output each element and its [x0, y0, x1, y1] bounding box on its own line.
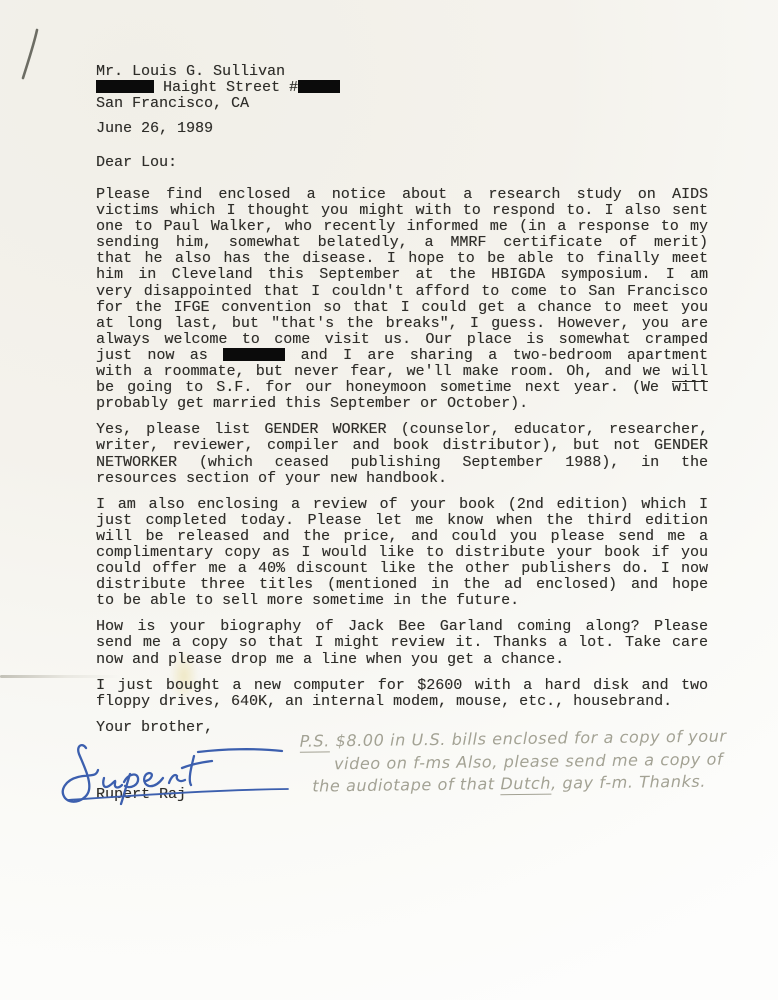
text-run: writer, reviewer, compiler and book dist… [96, 437, 708, 454]
text-line: Haight Street # [96, 80, 340, 96]
text-line: one to Paul Walker, who recently informe… [96, 219, 708, 235]
date-line: June 26, 1989 [96, 120, 213, 137]
text-run: with a roommate, but never fear, we'll m… [96, 363, 672, 380]
redaction-bar [223, 348, 285, 361]
text-run: just now as [96, 347, 223, 364]
text-line: send me a copy so that I might review it… [96, 635, 708, 651]
paragraph: How is your biography of Jack Bee Garlan… [96, 619, 708, 667]
text-run: $8.00 in U.S. bills enclosed for a copy … [330, 726, 727, 750]
text-line: to be able to sell more sometime in the … [96, 593, 708, 609]
text-line: victims which I thought you might with t… [96, 203, 708, 219]
text-run: for the IFGE convention so that I could … [96, 299, 708, 316]
text-run: to be able to sell more sometime in the … [96, 592, 519, 609]
text-run: at long last, but "that's the breaks", I… [96, 315, 708, 332]
text-run: be going to S.F. for our honeymoon somet… [96, 379, 708, 396]
text-run: I am also enclosing a review of your boo… [96, 496, 708, 513]
text-run: I just bought a new computer for $2600 w… [96, 677, 708, 694]
redaction-bar [298, 80, 340, 93]
text-line: very disappointed that I couldn't afford… [96, 284, 708, 300]
text-line: probably get married this September or O… [96, 396, 708, 412]
text-run: resources section of your new handbook. [96, 470, 447, 487]
text-line: just completed today. Please let me know… [96, 513, 708, 529]
text-line: Mr. Louis G. Sullivan [96, 64, 340, 80]
text-run: video on f-ms Also, please send me a cop… [334, 749, 723, 773]
text-run: distribute three titles (mentioned in th… [96, 576, 708, 593]
text-run: probably get married this September or O… [96, 395, 528, 412]
text-line: distribute three titles (mentioned in th… [96, 577, 708, 593]
text-line: I just bought a new computer for $2600 w… [96, 678, 708, 694]
paragraph: I am also enclosing a review of your boo… [96, 497, 708, 610]
underlined-text: P.S. [300, 731, 330, 752]
text-run: and I are sharing a two-bedroom apartmen… [285, 347, 708, 364]
underlined-text: Dutch [500, 774, 551, 795]
signature-typed-name: Rupert Raj [96, 786, 186, 803]
pencil-slash-mark [10, 24, 50, 86]
text-run: floppy drives, 640K, an internal modem, … [96, 693, 672, 710]
text-line: for the IFGE convention so that I could … [96, 300, 708, 316]
redaction-bar [96, 80, 154, 93]
text-line: floppy drives, 640K, an internal modem, … [96, 694, 708, 710]
text-line: at long last, but "that's the breaks", I… [96, 316, 708, 332]
text-line: writer, reviewer, compiler and book dist… [96, 438, 708, 454]
text-run: sending him, somewhat belatedly, a MMRF … [96, 234, 708, 251]
text-run: now and please drop me a line when you g… [96, 651, 564, 668]
letter-body: Please find enclosed a notice about a re… [96, 187, 708, 736]
text-run: one to Paul Walker, who recently informe… [96, 218, 708, 235]
text-line: be going to S.F. for our honeymoon somet… [96, 380, 708, 396]
text-run: the audiotape of that [312, 774, 500, 795]
text-run: victims which I thought you might with t… [96, 202, 708, 219]
text-line: always welcome to come visit us. Our pla… [96, 332, 708, 348]
text-line: Yes, please list GENDER WORKER (counselo… [96, 422, 708, 438]
text-line: I am also enclosing a review of your boo… [96, 497, 708, 513]
recipient-address-block: Mr. Louis G. Sullivan Haight Street #San… [96, 64, 340, 112]
text-line: with a roommate, but never fear, we'll m… [96, 364, 708, 380]
text-line: could offer me a 40% discount like the o… [96, 561, 708, 577]
text-run: very disappointed that I couldn't afford… [96, 283, 708, 300]
paragraph: I just bought a new computer for $2600 w… [96, 678, 708, 710]
text-run: could offer me a 40% discount like the o… [96, 560, 708, 577]
text-line: complimentary copy as I would like to di… [96, 545, 708, 561]
text-run: that he also has the disease. I hope to … [96, 250, 708, 267]
paragraph: Please find enclosed a notice about a re… [96, 187, 708, 412]
text-line: NETWORKER (which ceased publishing Septe… [96, 455, 708, 471]
text-line: him in Cleveland this September at the H… [96, 267, 708, 283]
text-run: San Francisco, CA [96, 95, 249, 112]
text-run: complimentary copy as I would like to di… [96, 544, 708, 561]
text-line: the audiotape of that Dutch, gay f-m. Th… [312, 770, 740, 798]
text-run: How is your biography of Jack Bee Garlan… [96, 618, 708, 635]
text-run: just completed today. Please let me know… [96, 512, 708, 529]
text-run: , gay f-m. Thanks. [551, 772, 706, 793]
text-line: now and please drop me a line when you g… [96, 652, 708, 668]
ps-note: P.S. $8.00 in U.S. bills enclosed for a … [300, 725, 741, 798]
text-line: resources section of your new handbook. [96, 471, 708, 487]
text-line: will be released and the price, and coul… [96, 529, 708, 545]
text-run: Yes, please list GENDER WORKER (counselo… [96, 421, 708, 438]
text-run: send me a copy so that I might review it… [96, 634, 708, 651]
text-line: Please find enclosed a notice about a re… [96, 187, 708, 203]
text-run: Mr. Louis G. Sullivan [96, 63, 285, 80]
letter-page: Mr. Louis G. Sullivan Haight Street #San… [0, 0, 778, 1000]
text-run: Please find enclosed a notice about a re… [96, 186, 708, 203]
text-run: him in Cleveland this September at the H… [96, 266, 708, 283]
text-line: just now as and I are sharing a two-bedr… [96, 348, 708, 364]
text-line: that he also has the disease. I hope to … [96, 251, 708, 267]
text-run: Haight Street # [154, 79, 298, 96]
paragraph: Yes, please list GENDER WORKER (counselo… [96, 422, 708, 486]
text-line: San Francisco, CA [96, 96, 340, 112]
text-line: sending him, somewhat belatedly, a MMRF … [96, 235, 708, 251]
text-run: always welcome to come visit us. Our pla… [96, 331, 708, 348]
salutation: Dear Lou: [96, 154, 177, 171]
text-run: will be released and the price, and coul… [96, 528, 708, 545]
text-line: How is your biography of Jack Bee Garlan… [96, 619, 708, 635]
text-run: NETWORKER (which ceased publishing Septe… [96, 454, 708, 471]
